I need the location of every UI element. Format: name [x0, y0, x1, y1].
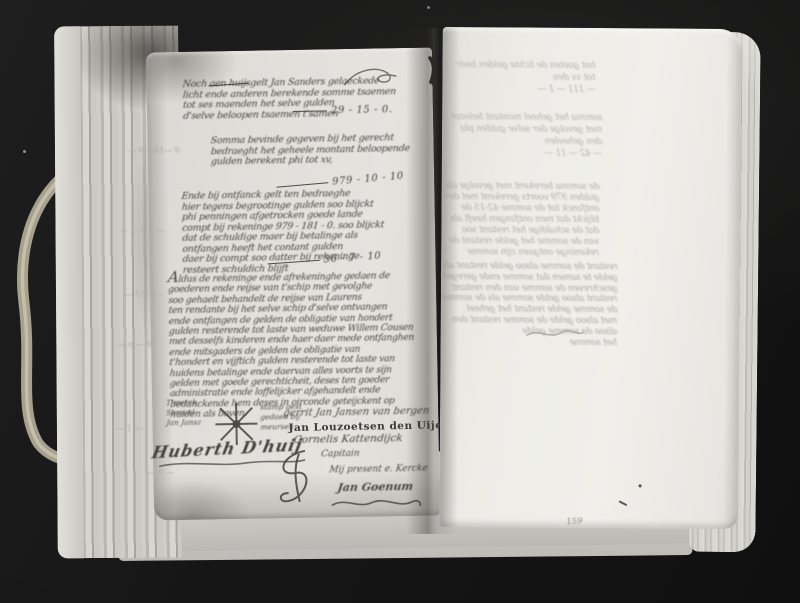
handwritten-line: somma het geheel montant beloopt: [451, 111, 604, 124]
manuscript-photo: Noch aen huijsgelt Jan Sanders gelaecked…: [0, 0, 800, 603]
folio-number: 159: [566, 516, 583, 527]
ink-mark: [425, 56, 439, 86]
captain-title: Capitain: [320, 449, 360, 460]
handwritten-line: Samuel: [166, 408, 202, 419]
left-folio: Noch aen huijsgelt Jan Sanders gelaecked…: [146, 48, 440, 521]
merchant-mark-caption-left: T'merckSamuelJan Jansz: [166, 398, 201, 429]
bleed-fragment: — 9 —: [148, 468, 174, 477]
handwritten-line: T'merck: [166, 398, 202, 409]
amount-value-2: 979 - 10 - 10: [332, 171, 404, 188]
handwritten-line: tot xv den: [456, 71, 596, 84]
ink-speck: [618, 500, 627, 506]
ink-speck: [639, 484, 642, 487]
dust-speck: [23, 150, 26, 153]
clerk-flourish-icon: [328, 494, 424, 512]
handwritten-line: het gaeten de lichte gelden bedr: [456, 59, 596, 72]
bleed-fragment: —1-2-1 —: [124, 290, 163, 299]
captain-signature: Cornelis Kattendijck: [293, 432, 403, 446]
sum-rule: [268, 260, 320, 265]
bleed-fragment: — 1 —: [116, 424, 142, 433]
attest-line: Mij present e. Kercke: [329, 464, 429, 476]
page-edge-highlight: [54, 26, 84, 558]
handwritten-line: met gevolge der selve gulden phi: [450, 123, 603, 136]
handwritten-line: gulden berekent phi tot xv,: [210, 154, 410, 168]
handwritten-line: — 111 — 1 —: [456, 83, 596, 96]
handwritten-line: meursen: [260, 422, 303, 433]
dust-speck: [427, 6, 430, 9]
monogram-flourish-icon: [269, 448, 320, 509]
bleed-fragment: 9 — p —: [118, 340, 152, 349]
bleedthrough-block-1: het gaeten de lichte gelden bedrtot xv d…: [456, 59, 595, 96]
bleed-fragment: 9 —15— 9 —: [128, 146, 180, 155]
handwritten-line: Jan Jansz: [166, 418, 202, 429]
right-folio: het gaeten de lichte gelden bedrtot xv d…: [439, 27, 741, 529]
bleedthrough-block-3: de somma berekent met gevolge alsgulden …: [443, 181, 600, 259]
ledger-entry-2: Somma bevinde gegeven bij het gerechtbed…: [210, 133, 409, 168]
bleedthrough-block-2: somma het geheel montant belooptmet gevo…: [451, 111, 603, 160]
handwritten-line: rekeninge ontgaen zijn somme: [443, 247, 600, 259]
handwritten-line: den geheelen: [450, 135, 603, 148]
sum-rule: [293, 110, 327, 112]
amount-value-1: 29 - 15 - 0.: [331, 104, 393, 116]
clerk-signature: Jan Goenum: [337, 480, 414, 494]
sum-rule: [276, 182, 328, 188]
closing-paragraph: Aldus de rekeninge ende afrekeninghe ged…: [168, 268, 416, 421]
bleed-fragment: — 3 — 1 —: [120, 226, 164, 235]
amount-row-1: 29 - 15 - 0.: [293, 104, 393, 117]
bleed-flourish-icon: [523, 324, 587, 344]
merchant-mark-caption-right: stamp gestgedaen bijmeursen: [260, 402, 302, 433]
handwritten-line: — 42 — 11 —: [450, 147, 603, 160]
witness-signature-1: gerrit Jan Jansen van bergen: [282, 406, 430, 420]
handwritten-line: gelde te samen dat somme ende geregelt: [440, 272, 618, 284]
